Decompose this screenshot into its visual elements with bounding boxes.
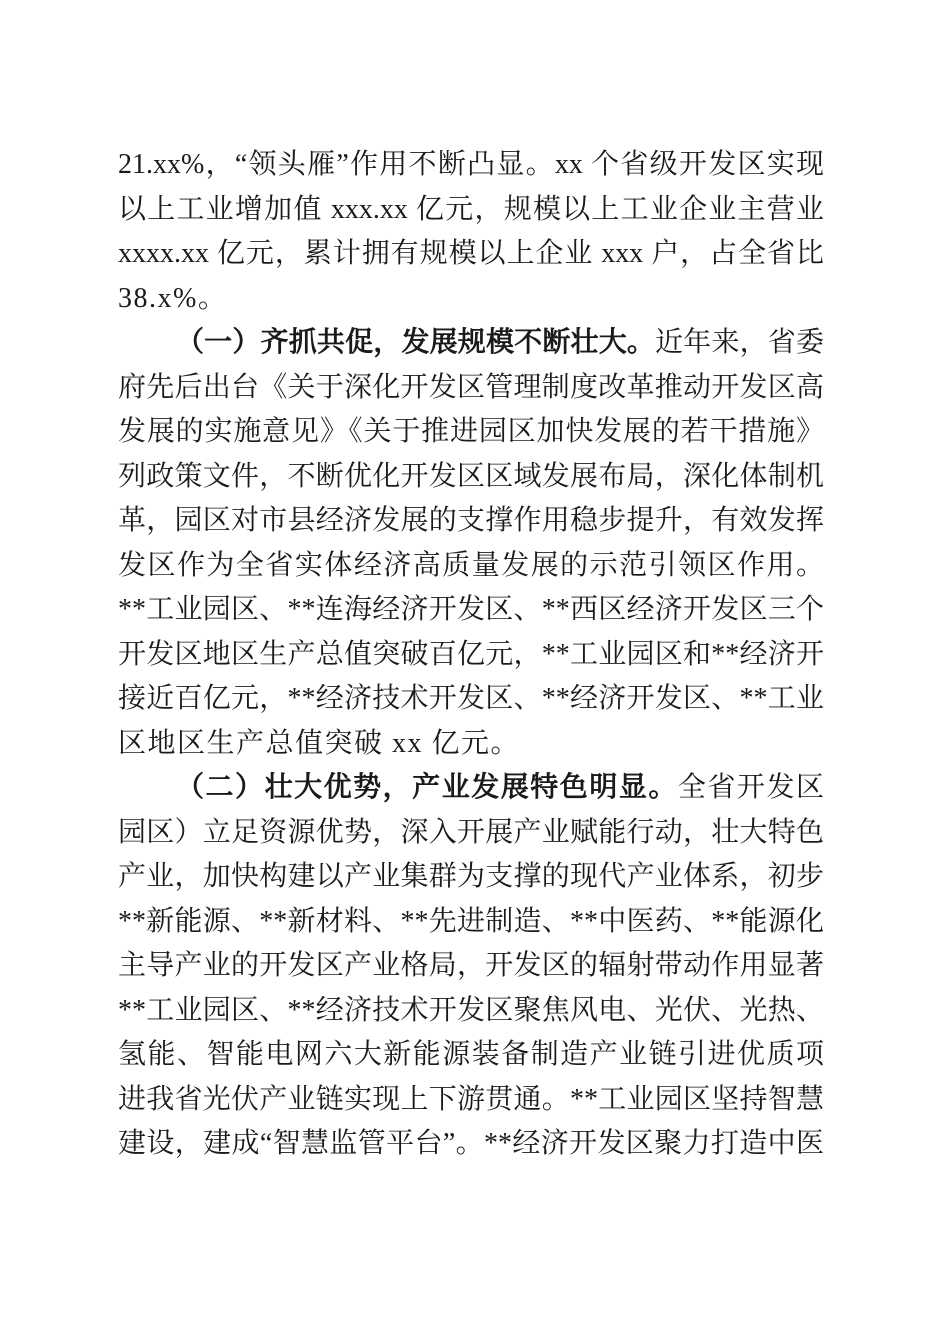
text-line: **工业园区、**经济技术开发区聚焦风电、光伏、光热、储能、	[118, 989, 824, 1034]
text-line: 列政策文件，不断优化开发区区域发展布局，深化体制机制改	[118, 455, 824, 500]
body-text: 接近百亿元，**经济技术开发区、**经济开发区、**工业集中	[118, 683, 824, 722]
body-text: 建设，建成“智慧监管平台”。**经济开发区聚力打造中医药	[118, 1128, 824, 1167]
text-line: 进我省光伏产业链实现上下游贯通。**工业园区坚持智慧园区	[118, 1078, 824, 1123]
text-line: 府先后出台《关于深化开发区管理制度改革推动开发区高质量	[118, 366, 824, 411]
text-line: 产业，加快构建以产业集群为支撑的现代产业体系，初步形成	[118, 855, 824, 900]
body-text: **工业园区、**连海经济开发区、**西区经济开发区三个省级	[118, 594, 824, 633]
text-line: 以上工业增加值 xxx.xx 亿元，规模以上工业企业主营业务收入	[118, 188, 824, 233]
text-line: 21.xx%，“领头雁”作用不断凸显。xx 个省级开发区实现规模	[118, 143, 824, 188]
body-text: 氢能、智能电网六大新能源装备制造产业链引进优质项目，促	[118, 1039, 824, 1078]
text-line: （一）齐抓共促，发展规模不断壮大。近年来，省委省政	[118, 321, 824, 366]
body-text: **工业园区、**经济技术开发区聚焦风电、光伏、光热、储能、	[118, 995, 824, 1034]
body-text: 21.xx%，“领头雁”作用不断凸显。xx 个省级开发区实现规模	[118, 149, 824, 188]
body-text: 主导产业的开发区产业格局，开发区的辐射带动作用显著增强。	[118, 950, 824, 989]
body-text: 府先后出台《关于深化开发区管理制度改革推动开发区高质量	[118, 372, 824, 411]
section-heading-text: （一）齐抓共促，发展规模不断壮大。	[176, 327, 655, 358]
document-page: 21.xx%，“领头雁”作用不断凸显。xx 个省级开发区实现规模以上工业增加值 …	[0, 0, 950, 1344]
text-line: 开发区地区生产总值突破百亿元，**工业园区和**经济开发区	[118, 633, 824, 678]
text-line: 发区作为全省实体经济高质量发展的示范引领区作用。2023 年，	[118, 544, 824, 589]
text-line: 发展的实施意见》《关于推进园区加快发展的若干措施》等系	[118, 410, 824, 455]
text-line: 氢能、智能电网六大新能源装备制造产业链引进优质项目，促	[118, 1033, 824, 1078]
body-text: **新能源、**新材料、**先进制造、**中医药、**能源化工为	[118, 906, 824, 945]
body-text: 园区）立足资源优势，深入开展产业赋能行动，壮大特色主导	[118, 817, 824, 856]
body-text: 以上工业增加值 xxx.xx 亿元，规模以上工业企业主营业务收入	[118, 194, 824, 233]
text-line: 建设，建成“智慧监管平台”。**经济开发区聚力打造中医药	[118, 1122, 824, 1167]
section-heading-text: （二）壮大优势，产业发展特色明显。	[176, 772, 678, 803]
text-line: 园区）立足资源优势，深入开展产业赋能行动，壮大特色主导	[118, 811, 824, 856]
body-text: 革，园区对市县经济发展的支撑作用稳步提升，有效发挥了开	[118, 505, 824, 544]
body-text: 发区作为全省实体经济高质量发展的示范引领区作用。2023 年，	[118, 550, 824, 589]
body-text: 38.x%。	[118, 283, 227, 314]
body-text: 区地区生产总值突破 xx 亿元。	[118, 728, 520, 759]
text-line: **新能源、**新材料、**先进制造、**中医药、**能源化工为	[118, 900, 824, 945]
body-text: 产业，加快构建以产业集群为支撑的现代产业体系，初步形成	[118, 861, 824, 900]
body-text: 开发区地区生产总值突破百亿元，**工业园区和**经济开发区	[118, 639, 824, 678]
text-line: 区地区生产总值突破 xx 亿元。	[118, 722, 824, 767]
text-line: （二）壮大优势，产业发展特色明显。全省开发区（工业	[118, 766, 824, 811]
body-text: 列政策文件，不断优化开发区区域发展布局，深化体制机制改	[118, 461, 824, 500]
text-line: xxxx.xx 亿元，累计拥有规模以上企业 xxx 户，占全省比重达	[118, 232, 824, 277]
text-line: 革，园区对市县经济发展的支撑作用稳步提升，有效发挥了开	[118, 499, 824, 544]
document-text-block: 21.xx%，“领头雁”作用不断凸显。xx 个省级开发区实现规模以上工业增加值 …	[118, 143, 824, 1167]
text-line: 主导产业的开发区产业格局，开发区的辐射带动作用显著增强。	[118, 944, 824, 989]
text-line: 接近百亿元，**经济技术开发区、**经济开发区、**工业集中	[118, 677, 824, 722]
body-text: xxxx.xx 亿元，累计拥有规模以上企业 xxx 户，占全省比重达	[118, 238, 824, 277]
text-line: **工业园区、**连海经济开发区、**西区经济开发区三个省级	[118, 588, 824, 633]
text-line: 38.x%。	[118, 277, 824, 322]
body-text: 进我省光伏产业链实现上下游贯通。**工业园区坚持智慧园区	[118, 1084, 824, 1123]
body-text: 发展的实施意见》《关于推进园区加快发展的若干措施》等系	[118, 416, 824, 455]
